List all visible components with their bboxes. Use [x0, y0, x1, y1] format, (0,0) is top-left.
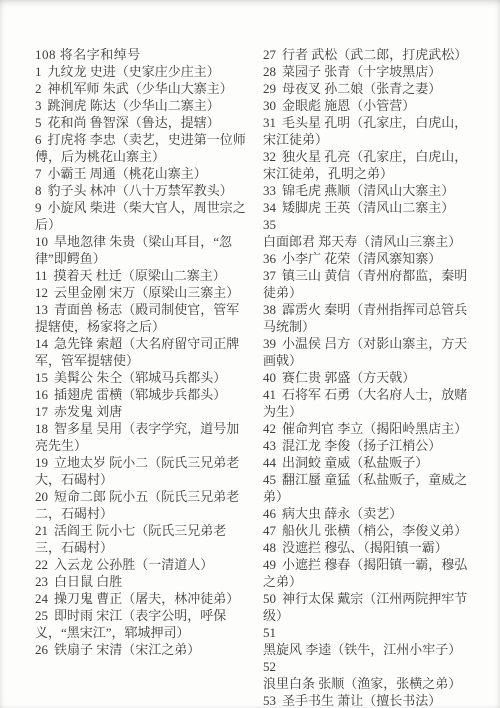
entry-number: 9	[35, 200, 42, 215]
entry-number: 34	[263, 200, 276, 215]
entry-text: 催命判官 李立（揭阳岭黑店主）	[282, 421, 467, 436]
entry-number: 27	[263, 47, 276, 62]
entry-text: 小遮拦 穆春（揭阳镇一霸，穆弘之弟）	[263, 557, 467, 589]
entry-number: 15	[35, 370, 48, 385]
entry-number: 31	[263, 115, 276, 130]
list-item: 26铁扇子 宋清（宋江之弟）	[35, 641, 251, 658]
entry-text: 圣手书生 萧让（擅长书法）	[282, 693, 441, 708]
list-item: 11摸着天 杜迁（原梁山二寨主）	[35, 267, 251, 284]
entry-number: 23	[35, 574, 48, 589]
entry-number: 19	[35, 455, 48, 470]
list-item: 47船伙儿 张横（梢公，李俊义弟）	[263, 522, 479, 539]
list-item: 43混江龙 李俊（扬子江梢公）	[263, 437, 479, 454]
entry-text: 赤发鬼 刘唐	[54, 404, 122, 419]
list-item: 14急先锋 索超（大名府留守司正牌军，管军提辖使）	[35, 335, 251, 369]
entry-text: 船伙儿 张横（梢公，李俊义弟）	[282, 523, 467, 538]
list-item: 34矮脚虎 王英（清风山二寨主）	[263, 199, 479, 216]
entry-number: 51	[263, 625, 276, 640]
list-item: 20短命二郎 阮小五（阮氏三兄弟老二，石碣村）	[35, 488, 251, 522]
entry-number: 49	[263, 557, 276, 572]
entry-text: 美髯公 朱仝（郓城马兵都头）	[54, 370, 226, 385]
entry-text: 豹子头 林冲（八十万禁军教头）	[48, 183, 233, 198]
list-item: 48没遮拦 穆弘、（揭阳镇一霸）	[263, 539, 479, 556]
entry-text: 神机军师 朱武（少华山大寨主）	[48, 81, 233, 96]
list-item: 15美髯公 朱仝（郓城马兵都头）	[35, 369, 251, 386]
entry-text: 小霸王 周通（桃花山寨主）	[48, 166, 207, 181]
entry-number: 8	[35, 183, 42, 198]
entry-text: 黑旋风 李逵（铁牛，江州小牢子）	[263, 642, 461, 657]
entry-number: 12	[35, 285, 48, 300]
entry-text: 独火星 孔亮（孔家庄，白虎山，宋江徒弟，孔明之弟）	[263, 149, 467, 181]
list-item: 52浪里白条 张顺（渔家，张横之弟）	[263, 658, 479, 692]
list-item: 22入云龙 公孙胜（一清道人）	[35, 556, 251, 573]
page-title: 108 将名字和绰号	[35, 46, 251, 63]
two-column-text-block: 108 将名字和绰号 1九纹龙 史进（史家庄少庄主）2神机军师 朱武（少华山大寨…	[0, 0, 500, 708]
list-item: 51黑旋风 李逵（铁牛，江州小牢子）	[263, 624, 479, 658]
entry-text: 金眼彪 施恩（小管营）	[282, 98, 415, 113]
entry-number: 29	[263, 81, 276, 96]
list-item: 1九纹龙 史进（史家庄少庄主）	[35, 63, 251, 80]
scanned-document-page: 108 将名字和绰号 1九纹龙 史进（史家庄少庄主）2神机军师 朱武（少华山大寨…	[0, 0, 500, 708]
list-item: 46病大虫 薛永（卖艺）	[263, 505, 479, 522]
entry-number: 25	[35, 608, 48, 623]
entry-number: 10	[35, 234, 48, 249]
entry-text: 打虎将 李忠（卖艺，史进第一位师傅，后为桃花山寨主）	[35, 132, 246, 164]
entry-number: 20	[35, 489, 48, 504]
entry-number: 21	[35, 523, 48, 538]
entry-text: 小李广 花荣（清风寨知寨）	[282, 251, 441, 266]
list-item: 37镇三山 黄信（青州府都监，秦明徒弟）	[263, 267, 479, 301]
entry-text: 浪里白条 张顺（渔家，张横之弟）	[263, 676, 461, 691]
entry-text: 旱地忽律 朱贵（梁山耳目，“忽律”即鳄鱼）	[35, 234, 232, 266]
list-item: 49小遮拦 穆春（揭阳镇一霸，穆弘之弟）	[263, 556, 479, 590]
list-item: 23白日鼠 白胜	[35, 573, 251, 590]
list-item: 6打虎将 李忠（卖艺，史进第一位师傅，后为桃花山寨主）	[35, 131, 251, 165]
entry-number: 18	[35, 421, 48, 436]
entry-text: 插翅虎 雷横（郓城步兵都头）	[54, 387, 226, 402]
entry-text: 矮脚虎 王英（清风山二寨主）	[282, 200, 454, 215]
column-left: 108 将名字和绰号 1九纹龙 史进（史家庄少庄主）2神机军师 朱武（少华山大寨…	[35, 46, 251, 708]
list-item: 24操刀鬼 曹正（屠夫，林冲徒弟）	[35, 590, 251, 607]
entry-number: 41	[263, 387, 276, 402]
list-item: 32独火星 孔亮（孔家庄，白虎山，宋江徒弟，孔明之弟）	[263, 148, 479, 182]
entry-number: 3	[35, 98, 42, 113]
list-item: 17赤发鬼 刘唐	[35, 403, 251, 420]
entry-text: 镇三山 黄信（青州府都监，秦明徒弟）	[263, 268, 467, 300]
entry-number: 36	[263, 251, 276, 266]
entry-text: 毛头星 孔明（孔家庄，白虎山，宋江徒弟）	[263, 115, 467, 147]
entry-number: 42	[263, 421, 276, 436]
entry-number: 40	[263, 370, 276, 385]
list-item: 50神行太保 戴宗（江州两院押牢节级）	[263, 590, 479, 624]
entry-number: 28	[263, 64, 276, 79]
entry-number: 24	[35, 591, 48, 606]
list-item: 28菜园子 张青（十字坡黑店）	[263, 63, 479, 80]
entry-text: 锦毛虎 燕顺（清风山大寨主）	[282, 183, 454, 198]
entry-number: 45	[263, 472, 276, 487]
list-item: 29母夜叉 孙二娘（张青之妻）	[263, 80, 479, 97]
list-item: 35白面郎君 郑天寿（清风山三寨主）	[263, 216, 479, 250]
entry-text: 短命二郎 阮小五（阮氏三兄弟老二，石碣村）	[35, 489, 239, 521]
entry-number: 2	[35, 81, 42, 96]
entry-number: 35	[263, 217, 276, 232]
entry-number: 13	[35, 302, 48, 317]
list-item: 41石将军 石勇（大名府人士，放赌为生）	[263, 386, 479, 420]
entry-text: 神行太保 戴宗（江州两院押牢节级）	[263, 591, 467, 623]
entry-text: 立地太岁 阮小二（阮氏三兄弟老大，石碣村）	[35, 455, 239, 487]
entry-number: 22	[35, 557, 48, 572]
entry-number: 52	[263, 659, 276, 674]
entry-number: 50	[263, 591, 276, 606]
list-item: 2神机军师 朱武（少华山大寨主）	[35, 80, 251, 97]
entry-text: 没遮拦 穆弘、（揭阳镇一霸）	[282, 540, 448, 555]
entry-text: 花和尚 鲁智深（鲁达，提辖）	[48, 115, 220, 130]
entry-text: 急先锋 索超（大名府留守司正牌军，管军提辖使）	[35, 336, 239, 368]
list-item: 19立地太岁 阮小二（阮氏三兄弟老大，石碣村）	[35, 454, 251, 488]
entry-text: 白面郎君 郑天寿（清风山三寨主）	[263, 234, 461, 249]
entry-text: 云里金刚 宋万（原梁山三寨主）	[54, 285, 239, 300]
entry-number: 43	[263, 438, 276, 453]
list-item: 38霹雳火 秦明（青州指挥司总管兵马统制）	[263, 301, 479, 335]
entry-text: 翻江蜃 童猛（私盐贩子，童威之弟）	[263, 472, 467, 504]
list-item: 53圣手书生 萧让（擅长书法）	[263, 692, 479, 708]
entry-text: 小温侯 吕方（对影山寨主，方天画戟）	[263, 336, 467, 368]
list-item: 40赛仁贵 郭盛（方天戟）	[263, 369, 479, 386]
entry-text: 活阎王 阮小七（阮氏三兄弟老三，石碣村）	[35, 523, 226, 555]
entry-number: 5	[35, 115, 42, 130]
list-item: 10旱地忽律 朱贵（梁山耳目，“忽律”即鳄鱼）	[35, 233, 251, 267]
entry-text: 赛仁贵 郭盛（方天戟）	[282, 370, 415, 385]
entry-text: 铁扇子 宋清（宋江之弟）	[54, 642, 200, 657]
list-item: 27行者 武松（武二郎，打虎武松）	[263, 46, 479, 63]
entry-number: 11	[35, 268, 48, 283]
entry-number: 38	[263, 302, 276, 317]
entry-number: 26	[35, 642, 48, 657]
entry-text: 青面兽 杨志（殿司制使官，管军提辖使，杨家将之后）	[35, 302, 239, 334]
entry-number: 1	[35, 64, 42, 79]
list-item: 8豹子头 林冲（八十万禁军教头）	[35, 182, 251, 199]
list-item: 7小霸王 周通（桃花山寨主）	[35, 165, 251, 182]
list-item: 3跳涧虎 陈达（少华山二寨主）	[35, 97, 251, 114]
list-item: 12云里金刚 宋万（原梁山三寨主）	[35, 284, 251, 301]
entry-number: 44	[263, 455, 276, 470]
entry-text: 混江龙 李俊（扬子江梢公）	[282, 438, 441, 453]
entry-number: 39	[263, 336, 276, 351]
list-item: 42催命判官 李立（揭阳岭黑店主）	[263, 420, 479, 437]
list-item: 25即时雨 宋江（表字公明，呼保义，“黑宋江”，郓城押司）	[35, 607, 251, 641]
entry-text: 入云龙 公孙胜（一清道人）	[54, 557, 213, 572]
entry-text: 石将军 石勇（大名府人士，放赌为生）	[263, 387, 467, 419]
list-item: 5花和尚 鲁智深（鲁达，提辖）	[35, 114, 251, 131]
list-item: 18智多星 吴用（表字学究，道号加亮先生）	[35, 420, 251, 454]
entry-number: 32	[263, 149, 276, 164]
list-item: 13青面兽 杨志（殿司制使官，管军提辖使，杨家将之后）	[35, 301, 251, 335]
list-item: 44出洞蛟 童威（私盐贩子）	[263, 454, 479, 471]
entry-text: 霹雳火 秦明（青州指挥司总管兵马统制）	[263, 302, 467, 334]
list-item: 21活阎王 阮小七（阮氏三兄弟老三，石碣村）	[35, 522, 251, 556]
entry-number: 47	[263, 523, 276, 538]
entry-text: 小旋风 柴进（柴大官人，周世宗之后）	[35, 200, 246, 232]
entry-number: 14	[35, 336, 48, 351]
list-item: 39小温侯 吕方（对影山寨主，方天画戟）	[263, 335, 479, 369]
entry-number: 46	[263, 506, 276, 521]
entry-number: 16	[35, 387, 48, 402]
entry-text: 摸着天 杜迁（原梁山二寨主）	[54, 268, 226, 283]
entry-number: 30	[263, 98, 276, 113]
list-item: 36小李广 花荣（清风寨知寨）	[263, 250, 479, 267]
entry-text: 病大虫 薛永（卖艺）	[282, 506, 402, 521]
entry-text: 九纹龙 史进（史家庄少庄主）	[48, 64, 220, 79]
entry-text: 菜园子 张青（十字坡黑店）	[282, 64, 441, 79]
entry-number: 37	[263, 268, 276, 283]
entry-number: 48	[263, 540, 276, 555]
entry-number: 7	[35, 166, 42, 181]
entry-text: 母夜叉 孙二娘（张青之妻）	[282, 81, 441, 96]
entry-text: 跳涧虎 陈达（少华山二寨主）	[48, 98, 220, 113]
list-item: 16插翅虎 雷横（郓城步兵都头）	[35, 386, 251, 403]
entry-number: 6	[35, 132, 42, 147]
entry-text: 出洞蛟 童威（私盐贩子）	[282, 455, 428, 470]
entry-number: 53	[263, 693, 276, 708]
list-item: 30金眼彪 施恩（小管营）	[263, 97, 479, 114]
entry-text: 行者 武松（武二郎，打虎武松）	[282, 47, 467, 62]
entry-text: 智多星 吴用（表字学究，道号加亮先生）	[35, 421, 239, 453]
entry-number: 17	[35, 404, 48, 419]
column-right: 27行者 武松（武二郎，打虎武松）28菜园子 张青（十字坡黑店）29母夜叉 孙二…	[263, 46, 479, 708]
list-item: 31毛头星 孔明（孔家庄，白虎山，宋江徒弟）	[263, 114, 479, 148]
list-item: 45翻江蜃 童猛（私盐贩子，童威之弟）	[263, 471, 479, 505]
entry-text: 白日鼠 白胜	[54, 574, 122, 589]
entry-number: 33	[263, 183, 276, 198]
list-item: 33锦毛虎 燕顺（清风山大寨主）	[263, 182, 479, 199]
entry-text: 即时雨 宋江（表字公明，呼保义，“黑宋江”，郓城押司）	[35, 608, 226, 640]
entry-text: 操刀鬼 曹正（屠夫，林冲徒弟）	[54, 591, 239, 606]
list-item: 9小旋风 柴进（柴大官人，周世宗之后）	[35, 199, 251, 233]
